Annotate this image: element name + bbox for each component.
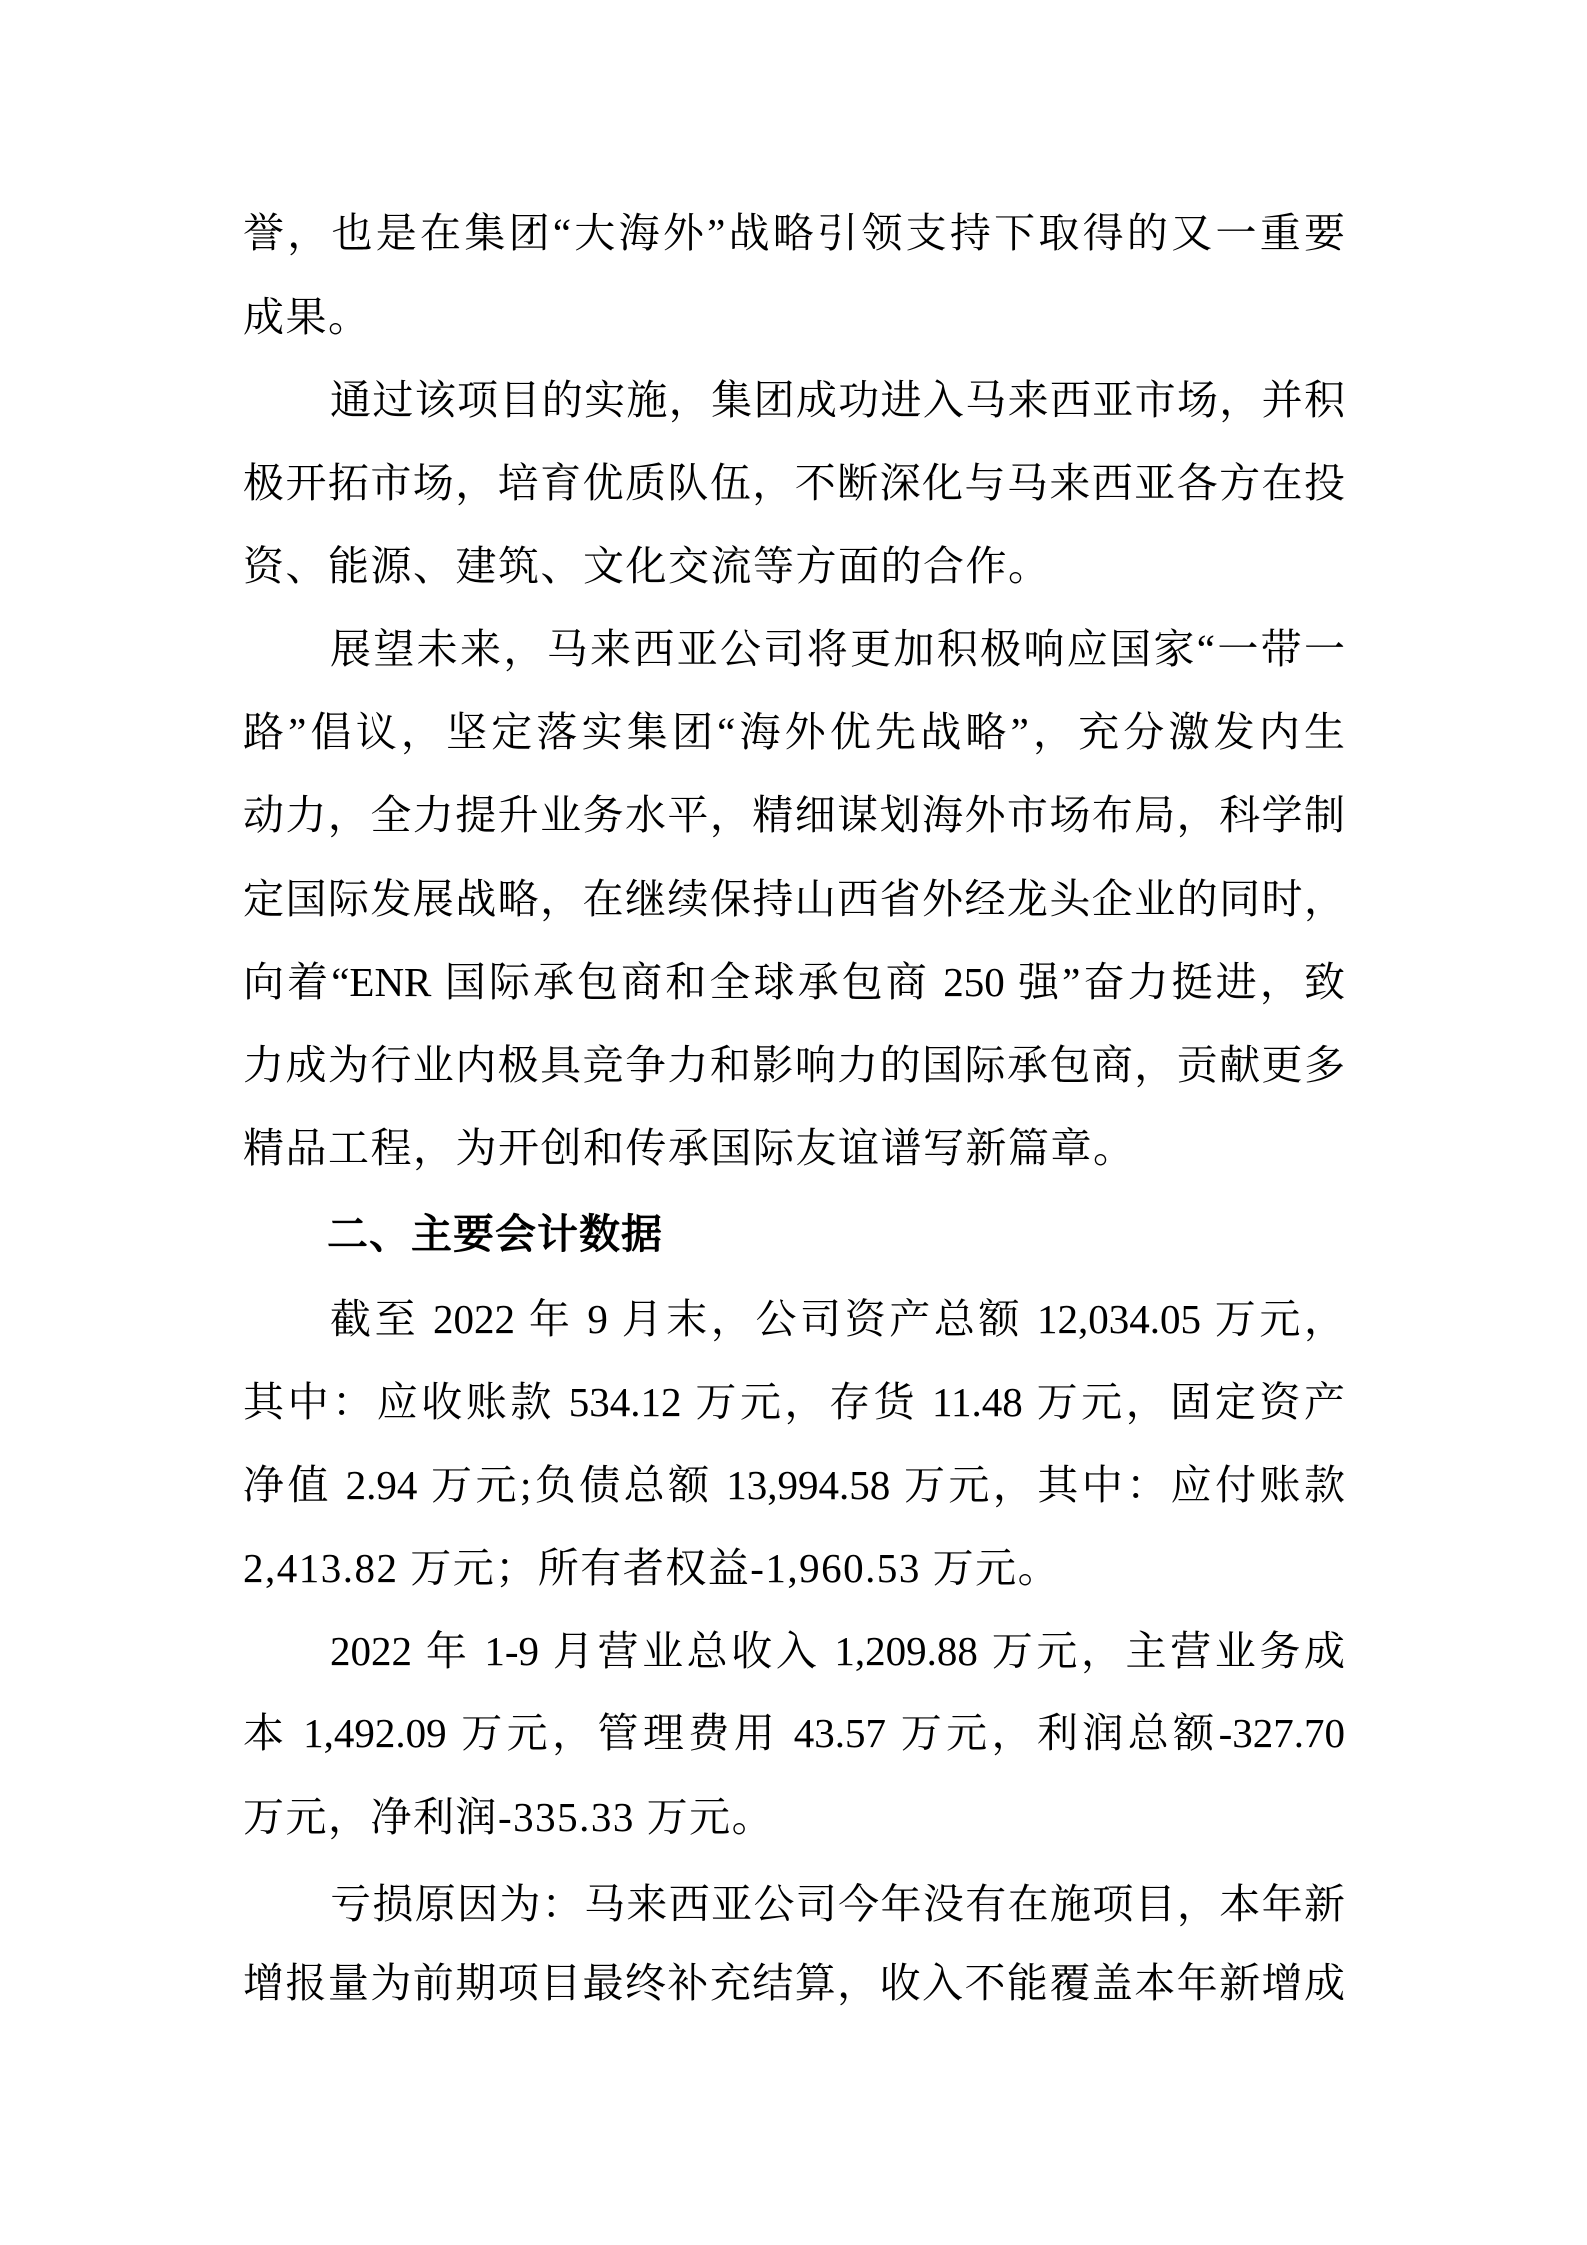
paragraph-line: 2022 年 1-9 月营业总收入 1,209.88 万元，主营业务成 xyxy=(330,1629,1345,1673)
paragraph-line: 成果。 xyxy=(243,295,1345,339)
paragraph-line: 极开拓市场，培育优质队伍，不断深化与马来西亚各方在投 xyxy=(243,461,1345,505)
paragraph-line: 向着“ENR 国际承包商和全球承包商 250 强”奋力挺进，致 xyxy=(243,960,1345,1004)
paragraph-line: 净值 2.94 万元;负债总额 13,994.58 万元，其中：应付账款 xyxy=(243,1463,1345,1507)
paragraph-line: 其中：应收账款 534.12 万元，存货 11.48 万元，固定资产 xyxy=(243,1380,1345,1424)
paragraph-line: 展望未来，马来西亚公司将更加积极响应国家“一带一 xyxy=(330,627,1345,671)
paragraph-line: 本 1,492.09 万元，管理费用 43.57 万元，利润总额-327.70 xyxy=(243,1711,1345,1755)
paragraph-line: 动力，全力提升业务水平，精细谋划海外市场布局，科学制 xyxy=(243,793,1345,837)
section-heading: 二、主要会计数据 xyxy=(327,1212,663,1256)
paragraph-line: 精品工程，为开创和传承国际友谊谱写新篇章。 xyxy=(243,1126,1345,1170)
paragraph-line: 万元，净利润-335.33 万元。 xyxy=(243,1795,1345,1839)
paragraph-line: 资、能源、建筑、文化交流等方面的合作。 xyxy=(243,544,1345,588)
paragraph-line: 路”倡议，坚定落实集团“海外优先战略”，充分激发内生 xyxy=(243,710,1345,754)
document-page: 誉，也是在集团“大海外”战略引领支持下取得的又一重要 成果。 通过该项目的实施，… xyxy=(0,0,1587,2245)
paragraph-line: 增报量为前期项目最终补充结算，收入不能覆盖本年新增成 xyxy=(243,1961,1345,2005)
paragraph-line: 力成为行业内极具竞争力和影响力的国际承包商，贡献更多 xyxy=(243,1043,1345,1087)
paragraph-line: 通过该项目的实施，集团成功进入马来西亚市场，并积 xyxy=(330,378,1345,422)
paragraph-line: 定国际发展战略，在继续保持山西省外经龙头企业的同时， xyxy=(243,877,1345,921)
paragraph-line: 亏损原因为：马来西亚公司今年没有在施项目，本年新 xyxy=(330,1882,1345,1926)
paragraph-line: 截至 2022 年 9 月末，公司资产总额 12,034.05 万元， xyxy=(330,1297,1345,1341)
paragraph-line: 2,413.82 万元；所有者权益-1,960.53 万元。 xyxy=(243,1546,1345,1590)
paragraph-line: 誉，也是在集团“大海外”战略引领支持下取得的又一重要 xyxy=(243,211,1345,255)
